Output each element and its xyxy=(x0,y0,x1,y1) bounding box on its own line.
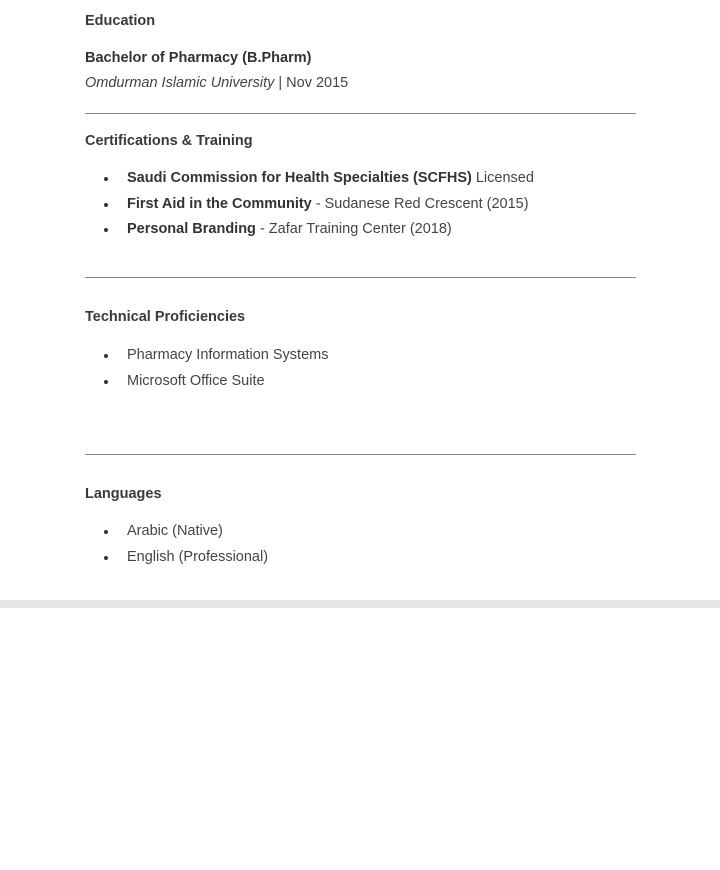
blank-page xyxy=(0,608,720,870)
list-item: English (Professional) xyxy=(85,545,268,571)
resume-page: Education Bachelor of Pharmacy (B.Pharm)… xyxy=(0,0,720,600)
skill-text: Pharmacy Information Systems xyxy=(127,347,328,363)
separator: | xyxy=(274,75,286,91)
bullet-icon xyxy=(104,228,108,232)
list-item: Arabic (Native) xyxy=(85,519,268,545)
certification-name: Personal Branding xyxy=(127,221,256,237)
language-text: English (Professional) xyxy=(127,549,268,565)
certification-detail: - Sudanese Red Crescent (2015) xyxy=(312,196,529,212)
languages-list: Arabic (Native) English (Professional) xyxy=(85,519,268,570)
language-text: Arabic (Native) xyxy=(127,523,223,539)
education-heading: Education xyxy=(85,13,155,29)
certification-detail: Licensed xyxy=(472,170,534,186)
degree-title: Bachelor of Pharmacy (B.Pharm) xyxy=(85,50,311,66)
bullet-icon xyxy=(104,380,108,384)
list-item: Microsoft Office Suite xyxy=(85,369,328,395)
certifications-heading: Certifications & Training xyxy=(85,133,253,149)
technical-list: Pharmacy Information Systems Microsoft O… xyxy=(85,343,328,394)
bullet-icon xyxy=(104,177,108,181)
section-divider xyxy=(85,113,636,114)
list-item: Pharmacy Information Systems xyxy=(85,343,328,369)
certification-name: First Aid in the Community xyxy=(127,196,312,212)
languages-heading: Languages xyxy=(85,486,162,502)
bullet-icon xyxy=(104,530,108,534)
page-break xyxy=(0,600,720,608)
section-divider xyxy=(85,454,636,455)
skill-text: Microsoft Office Suite xyxy=(127,373,265,389)
section-divider xyxy=(85,277,636,278)
graduation-date: Nov 2015 xyxy=(286,75,348,91)
bullet-icon xyxy=(104,556,108,560)
education-details: Omdurman Islamic University | Nov 2015 xyxy=(85,75,348,91)
list-item: Saudi Commission for Health Specialties … xyxy=(85,166,534,192)
school-name: Omdurman Islamic University xyxy=(85,75,274,91)
list-item: Personal Branding - Zafar Training Cente… xyxy=(85,217,534,243)
list-item: First Aid in the Community - Sudanese Re… xyxy=(85,192,534,218)
certification-name: Saudi Commission for Health Specialties … xyxy=(127,170,472,186)
certifications-list: Saudi Commission for Health Specialties … xyxy=(85,166,534,243)
bullet-icon xyxy=(104,203,108,207)
certification-detail: - Zafar Training Center (2018) xyxy=(256,221,452,237)
bullet-icon xyxy=(104,354,108,358)
technical-heading: Technical Proficiencies xyxy=(85,309,245,325)
